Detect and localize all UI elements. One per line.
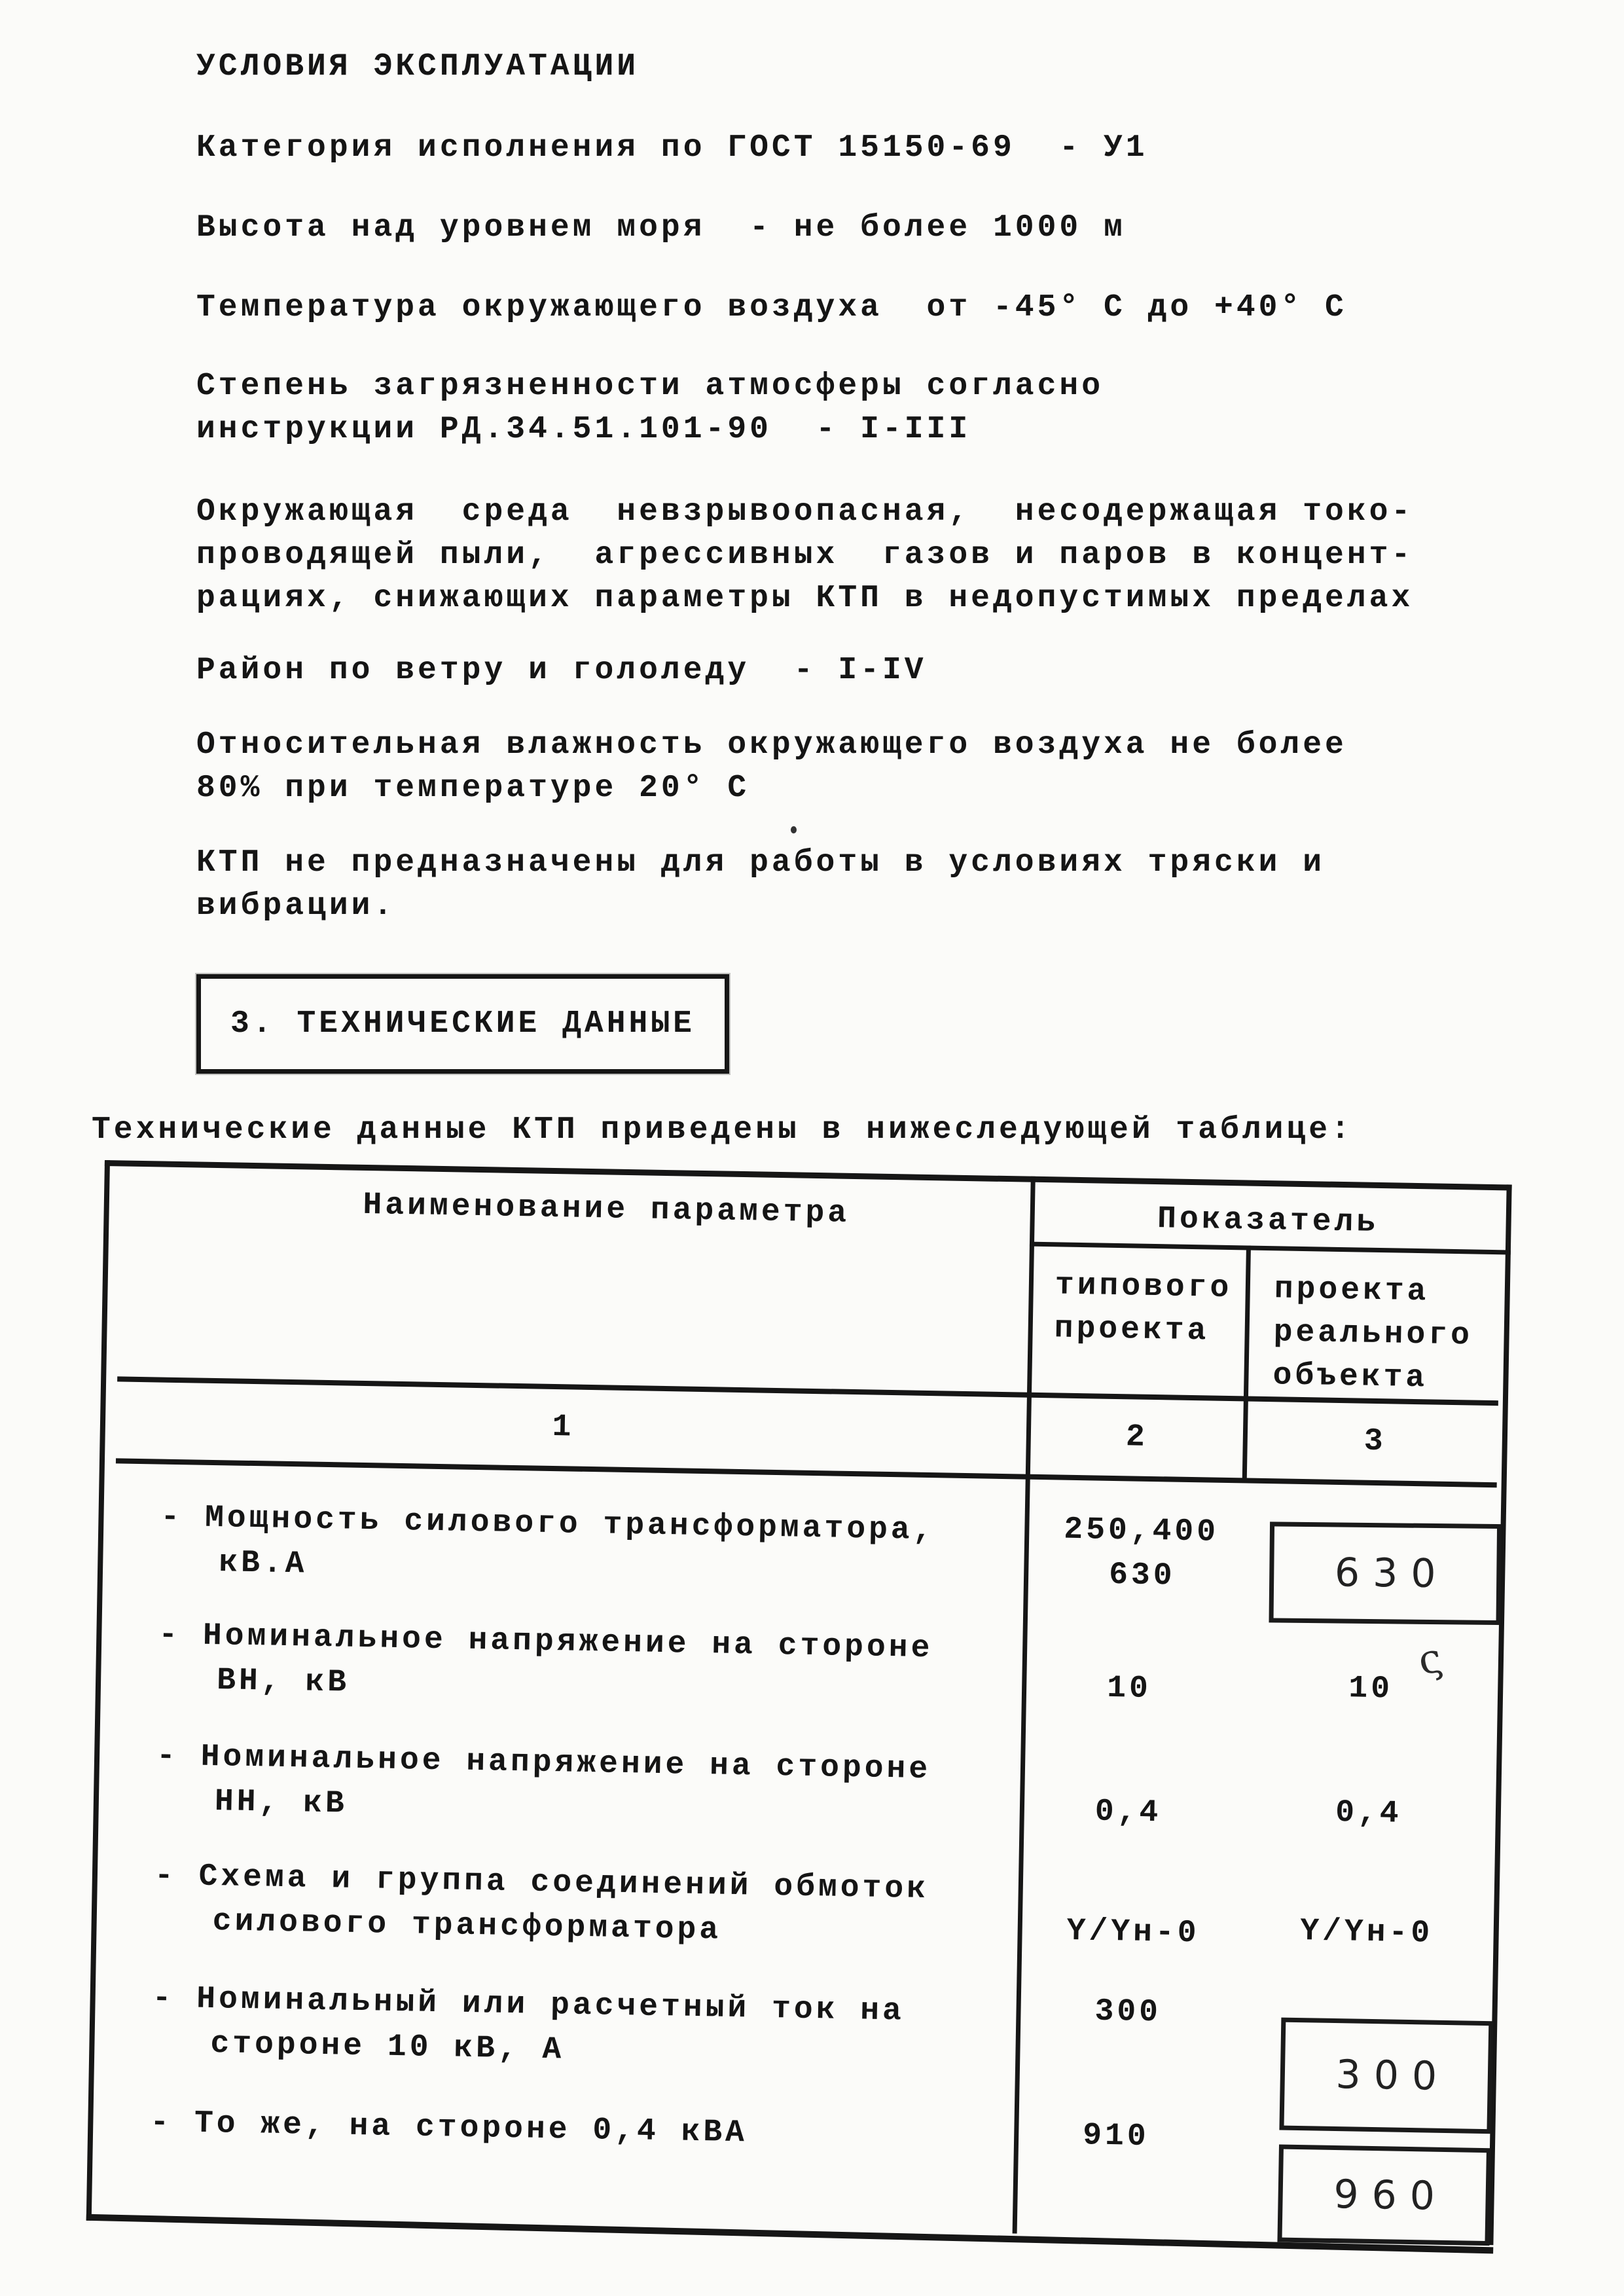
row6-real-value-handwritten: 960 xyxy=(1320,2171,1449,2219)
wind-ice-line: Район по ветру и гололеду - I-IV xyxy=(196,655,927,686)
subheader-real-line-1: проекта xyxy=(1274,1273,1429,1307)
row1-parameter-line2: кВ.А xyxy=(219,1547,308,1580)
row5-real-value-handwritten: 300 xyxy=(1322,2052,1451,2100)
environment-line-1: Окружающая среда невзрывоопасная, несоде… xyxy=(196,496,1413,528)
row3-parameter-line1: - Номинальное напряжение на стороне xyxy=(156,1741,931,1786)
row2-parameter-line1: - Номинальное напряжение на стороне xyxy=(158,1620,933,1665)
technical-data-table: Наименование параметра Показатель типово… xyxy=(86,1160,1512,2251)
row5-parameter-line1: - Номинальный или расчетный ток на xyxy=(152,1982,905,2027)
row1-typical-value-line1: 250,400 xyxy=(1064,1514,1219,1548)
row5-parameter-line2: стороне 10 кВ, А xyxy=(210,2028,565,2066)
rule-under-numbers xyxy=(116,1458,1497,1487)
environment-line-2: проводящей пыли, агрессивных газов и пар… xyxy=(196,539,1413,571)
row3-typical-value: 0,4 xyxy=(1094,1796,1161,1829)
row1-real-value-handwritten: 630 xyxy=(1322,1550,1449,1597)
table-intro-line: Технические данные КТП приведены в нижес… xyxy=(92,1114,1353,1146)
subheader-real-line-2: реального xyxy=(1273,1317,1473,1351)
rule-under-pokazatel xyxy=(1030,1242,1511,1255)
row1-real-value-box: 630 xyxy=(1269,1522,1502,1625)
environment-line-3: рациях, снижающих параметры КТП в недопу… xyxy=(196,583,1413,614)
row6-parameter-line1: - То же, на стороне 0,4 кВА xyxy=(150,2107,748,2149)
row1-parameter-line1: - Мощность силового трансформатора, xyxy=(160,1502,935,1547)
row3-parameter-line2: НН, кВ xyxy=(215,1786,348,1820)
page-title: УСЛОВИЯ ЭКСПЛУАТАЦИИ xyxy=(196,51,639,82)
altitude-line: Высота над уровнем моря - не более 1000 … xyxy=(196,212,1126,244)
pollution-line-1: Степень загрязненности атмосферы согласн… xyxy=(196,371,1104,402)
column-header-parameter: Наименование параметра xyxy=(143,1186,1070,1233)
subheader-typical-line-1: типового xyxy=(1055,1269,1232,1304)
row2-parameter-line2: ВН, кВ xyxy=(217,1665,350,1699)
column-header-indicator: Показатель xyxy=(1030,1201,1506,1241)
vibration-line-1: КТП не предназначены для работы в услови… xyxy=(196,847,1325,879)
row6-typical-value: 910 xyxy=(1083,2120,1149,2153)
row4-real-value: Y/Yн-0 xyxy=(1238,1914,1494,1950)
row6-real-value-box: 960 xyxy=(1277,2145,1491,2246)
row3-real-value: 0,4 xyxy=(1240,1795,1496,1831)
humidity-line-1: Относительная влажность окружающего возд… xyxy=(196,729,1347,761)
row2-typical-value: 10 xyxy=(1107,1673,1151,1705)
scanned-document-page: УСЛОВИЯ ЭКСПЛУАТАЦИИ Категория исполнени… xyxy=(0,0,1624,2296)
subheader-real-line-3: объекта xyxy=(1272,1360,1428,1394)
category-line: Категория исполнения по ГОСТ 15150-69 - … xyxy=(196,132,1148,164)
vibration-line-2: вибрации. xyxy=(196,890,395,922)
column-number-1: 1 xyxy=(100,1404,1027,1451)
column-number-3: 3 xyxy=(1247,1424,1503,1460)
row5-real-value-box: 300 xyxy=(1279,2018,1493,2134)
scan-artifact-dot xyxy=(791,826,797,833)
table-top-border xyxy=(105,1160,1512,1191)
row4-typical-value: Y/Yн-0 xyxy=(1066,1916,1200,1950)
section-heading: 3. ТЕХНИЧЕСКИЕ ДАННЫЕ xyxy=(230,1008,695,1040)
column-number-2: 2 xyxy=(1030,1420,1243,1455)
row4-parameter-line2: силового трансформатора xyxy=(212,1906,721,1946)
row4-parameter-line1: - Схема и группа соединений обмоток xyxy=(154,1860,929,1905)
row2-real-value: 10 xyxy=(1243,1671,1499,1707)
row1-typical-value-line2: 630 xyxy=(1109,1559,1176,1592)
table-left-border xyxy=(86,1160,110,2221)
row5-typical-value: 300 xyxy=(1094,1996,1161,2029)
pollution-line-2: инструкции РД.34.51.101-90 - I-III xyxy=(196,414,971,445)
temperature-line: Температура окружающего воздуха от -45° … xyxy=(196,292,1347,323)
subheader-typical-line-2: проекта xyxy=(1054,1313,1209,1347)
humidity-line-2: 80% при температуре 20° С xyxy=(196,773,749,804)
column-divider-1-2 xyxy=(1013,1176,1036,2234)
section-heading-box: 3. ТЕХНИЧЕСКИЕ ДАННЫЕ xyxy=(196,974,729,1074)
